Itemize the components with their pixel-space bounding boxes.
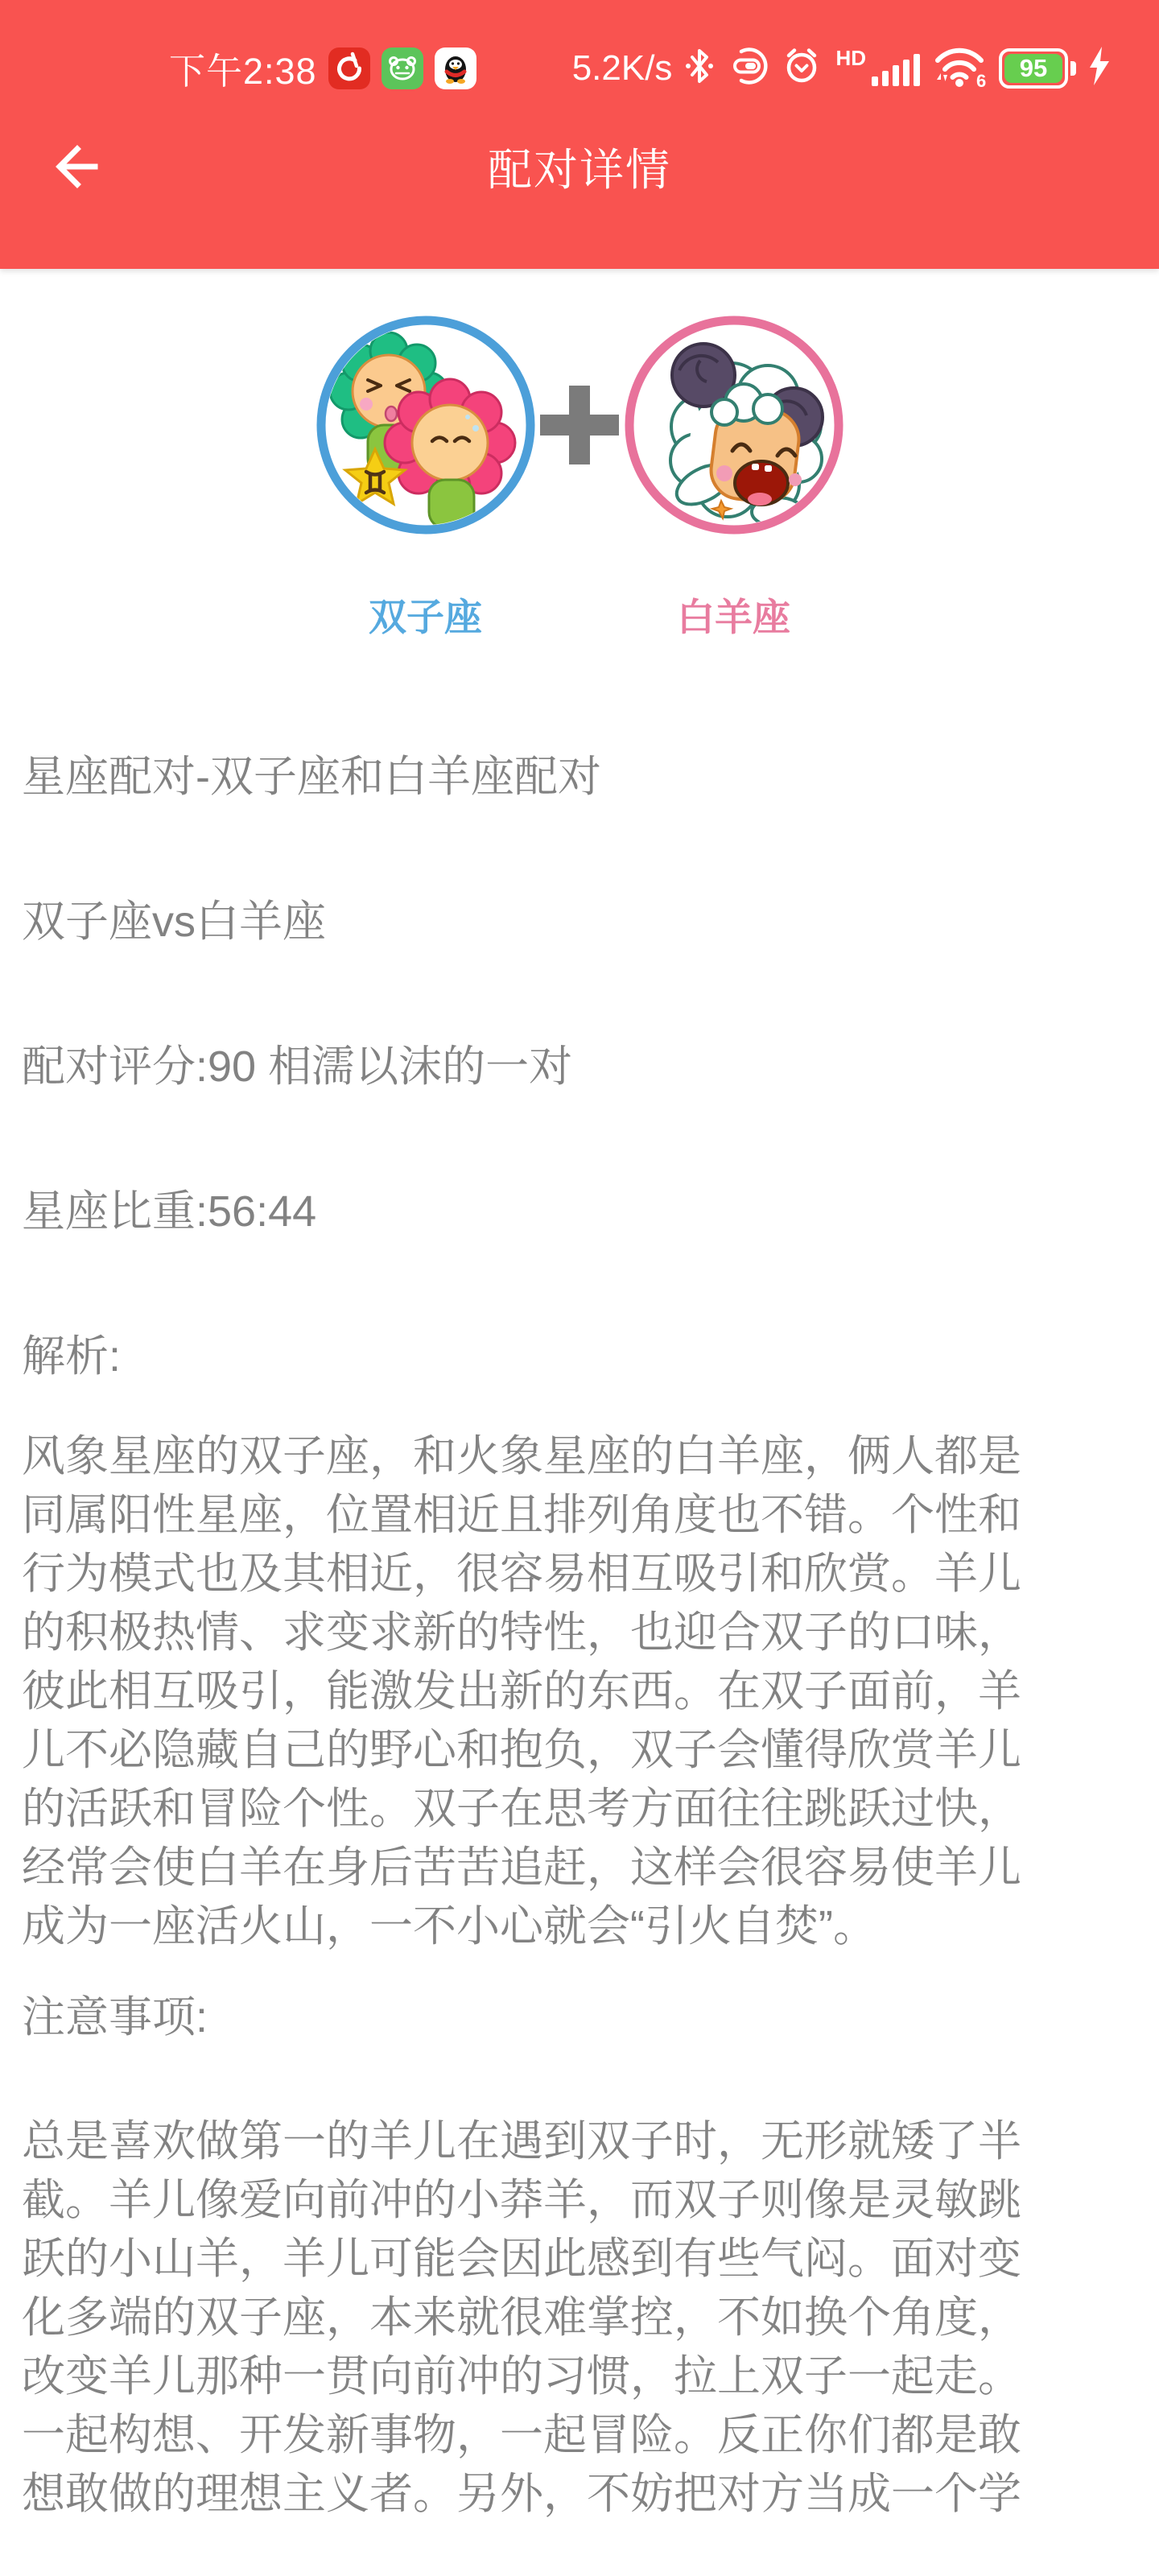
green-robot-app-icon: [382, 47, 423, 89]
clock-text: 下午2:38: [169, 42, 317, 94]
signal-icon: [872, 46, 922, 90]
status-left: 下午2:38: [169, 42, 476, 94]
screen: 下午2:38 5.2K/s: [0, 0, 1159, 2576]
notes-title: 注意事项:: [22, 1993, 1137, 2041]
status-bar: 下午2:38 5.2K/s: [0, 0, 1159, 94]
battery-percent-text: 95: [1020, 54, 1047, 83]
svg-text:6: 6: [976, 71, 986, 88]
analysis-title: 解析:: [22, 1332, 1137, 1381]
battery-icon: 95: [999, 48, 1068, 89]
gemini-avatar[interactable]: [315, 314, 537, 536]
battery-nub: [1070, 61, 1076, 76]
main-content: 双子座 白羊座 星座配对-双子座和白羊座配对 双子座vs白羊座 配对评分:90 …: [0, 314, 1159, 2524]
plus-box: [537, 314, 623, 536]
notes-paragraph: 总是喜欢做第一的羊儿在遇到双子时，无形就矮了半 截。羊儿像爱向前冲的小莽羊，而双…: [22, 2112, 1137, 2524]
pairing-article: 星座配对-双子座和白羊座配对 双子座vs白羊座 配对评分:90 相濡以沫的一对 …: [0, 753, 1159, 2524]
analysis-paragraph: 风象星座的双子座，和火象星座的白羊座，俩人都是 同属阳性星座，位置相近且排列角度…: [22, 1427, 1137, 1956]
qq-icon: [435, 47, 476, 89]
score-line: 配对评分:90 相濡以沫的一对: [22, 1042, 1137, 1091]
status-right: 5.2K/s HD 6 95: [562, 44, 1112, 92]
nav-bar: 配对详情: [0, 94, 1159, 238]
pairing-section: [0, 314, 1159, 536]
page-title: 配对详情: [488, 134, 671, 198]
pairing-labels: 双子座 白羊座: [0, 593, 1159, 642]
pairing-intro-line: 星座配对-双子座和白羊座配对: [22, 753, 1137, 801]
aries-avatar[interactable]: [623, 314, 845, 536]
hd-icon: HD: [835, 46, 866, 71]
charging-bolt-icon: [1087, 45, 1112, 91]
label-spacer: [537, 593, 623, 642]
bluetooth-icon: [683, 45, 716, 91]
data-saver-icon: [727, 45, 770, 91]
netease-music-icon: [328, 47, 370, 89]
plus-icon: [540, 386, 619, 464]
alarm-icon: [781, 45, 823, 91]
ratio-line: 星座比重:56:44: [22, 1187, 1137, 1236]
network-speed-text: 5.2K/s: [572, 48, 673, 89]
gemini-label: 双子座: [315, 593, 537, 642]
versus-line: 双子座vs白羊座: [22, 898, 1137, 946]
back-button[interactable]: [50, 141, 101, 192]
aries-label: 白羊座: [623, 593, 845, 642]
wifi6-icon: 6: [932, 44, 988, 92]
app-header: 下午2:38 5.2K/s: [0, 0, 1159, 269]
